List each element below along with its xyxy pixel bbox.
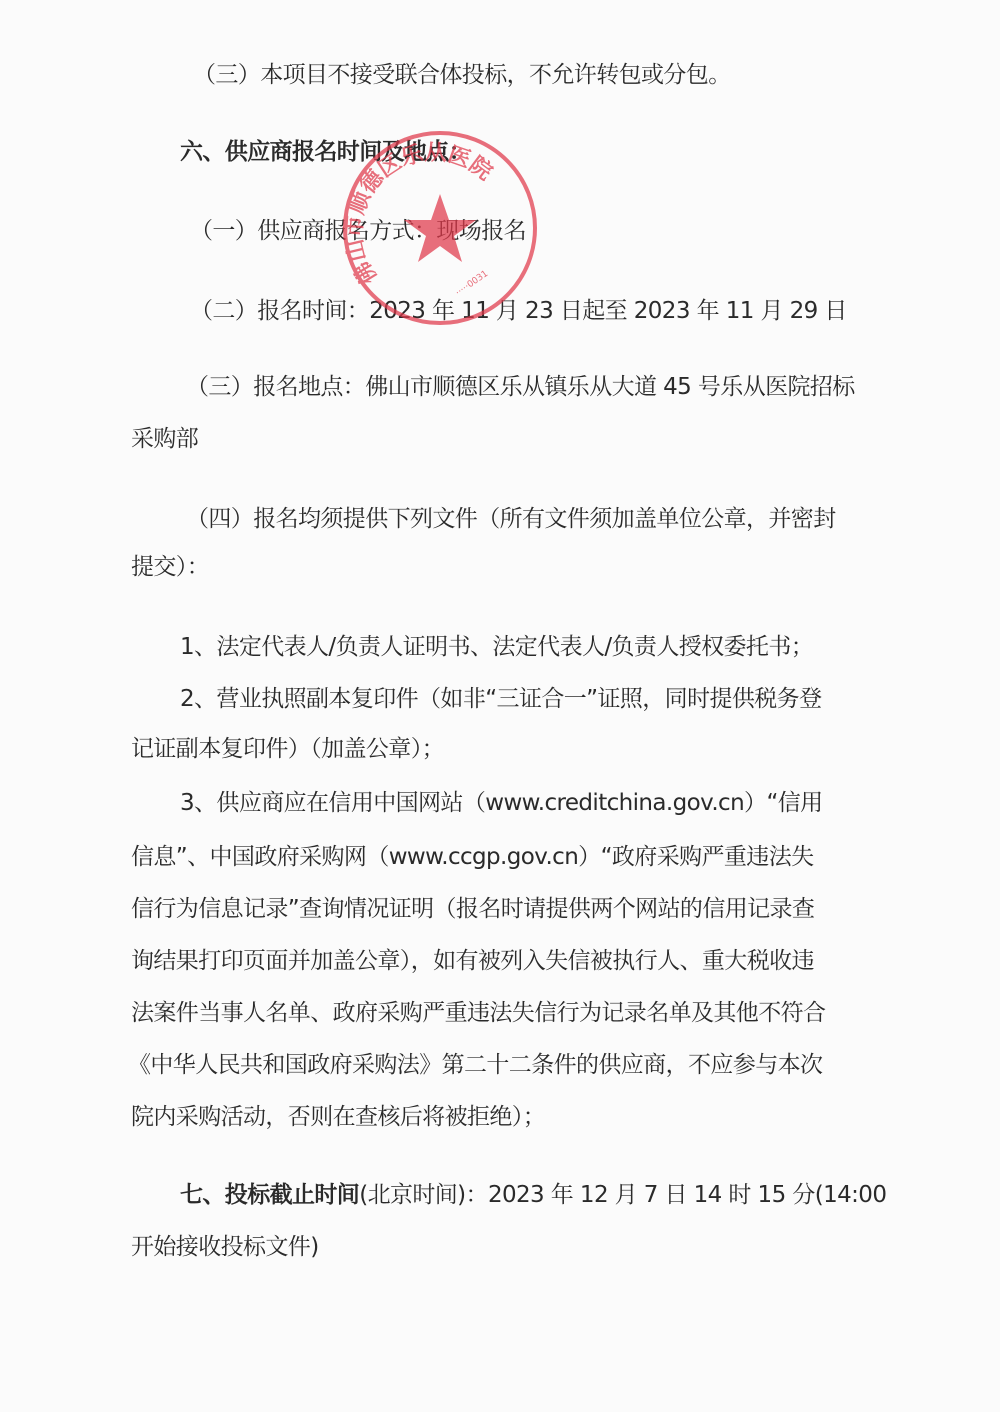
doc-item-3-line7: 院内采购活动，否则在查核后将被拒绝）； (131, 1102, 545, 1132)
seal-text: 佛山市顺德区乐从医院 (342, 141, 497, 289)
section-7-heading: 七、投标截止时间 (180, 1182, 359, 1208)
section-7-line1: 七、投标截止时间(北京时间)：2023 年 12 月 7 日 14 时 15 分… (180, 1180, 886, 1210)
doc-item-1: 1、法定代表人/负责人证明书、法定代表人/负责人授权委托书； (180, 632, 813, 662)
registration-location-line2: 采购部 (131, 424, 198, 454)
doc-item-3-line3: 信行为信息记录”查询情况证明（报名时请提供两个网站的信用记录查 (131, 894, 814, 924)
doc-item-2-line1: 2、营业执照副本复印件（如非“三证合一”证照，同时提供税务登 (180, 684, 821, 714)
doc-item-2-line2: 记证副本复印件）（加盖公章）； (131, 734, 444, 764)
doc-item-3-line6: 《中华人民共和国政府采购法》第二十二条件的供应商，不应参与本次 (128, 1050, 822, 1080)
required-docs-line2: 提交）： (131, 552, 209, 582)
section-7-line2: 开始接收投标文件) (131, 1232, 319, 1262)
required-docs-line1: （四）报名均须提供下列文件（所有文件须加盖单位公章，并密封 (186, 504, 836, 534)
doc-item-3-line4: 询结果打印页面并加盖公章），如有被列入失信被执行人、重大税收违 (131, 946, 814, 976)
doc-item-3-line1: 3、供应商应在信用中国网站（www.creditchina.gov.cn）“信用 (180, 788, 823, 818)
doc-item-3-line2: 信息”、中国政府采购网（www.ccgp.gov.cn）“政府采购严重违法失 (131, 842, 814, 872)
deadline-time: (北京时间)：2023 年 12 月 7 日 14 时 15 分(14:00 (359, 1182, 886, 1208)
doc-item-3-line5: 法案件当事人名单、政府采购严重违法失信行为记录名单及其他不符合 (131, 998, 825, 1028)
svg-text:佛山市顺德区乐从医院: 佛山市顺德区乐从医院 (342, 141, 497, 289)
clause-no-consortium: （三）本项目不接受联合体投标，不允许转包或分包。 (193, 60, 731, 90)
official-seal-stamp: 佛山市顺德区乐从医院 ·····0031 (340, 128, 540, 328)
registration-location-line1: （三）报名地点：佛山市顺德区乐从镇乐从大道 45 号乐从医院招标 (186, 372, 855, 402)
svg-text:·····0031: ·····0031 (454, 269, 490, 299)
star-icon (404, 194, 476, 262)
